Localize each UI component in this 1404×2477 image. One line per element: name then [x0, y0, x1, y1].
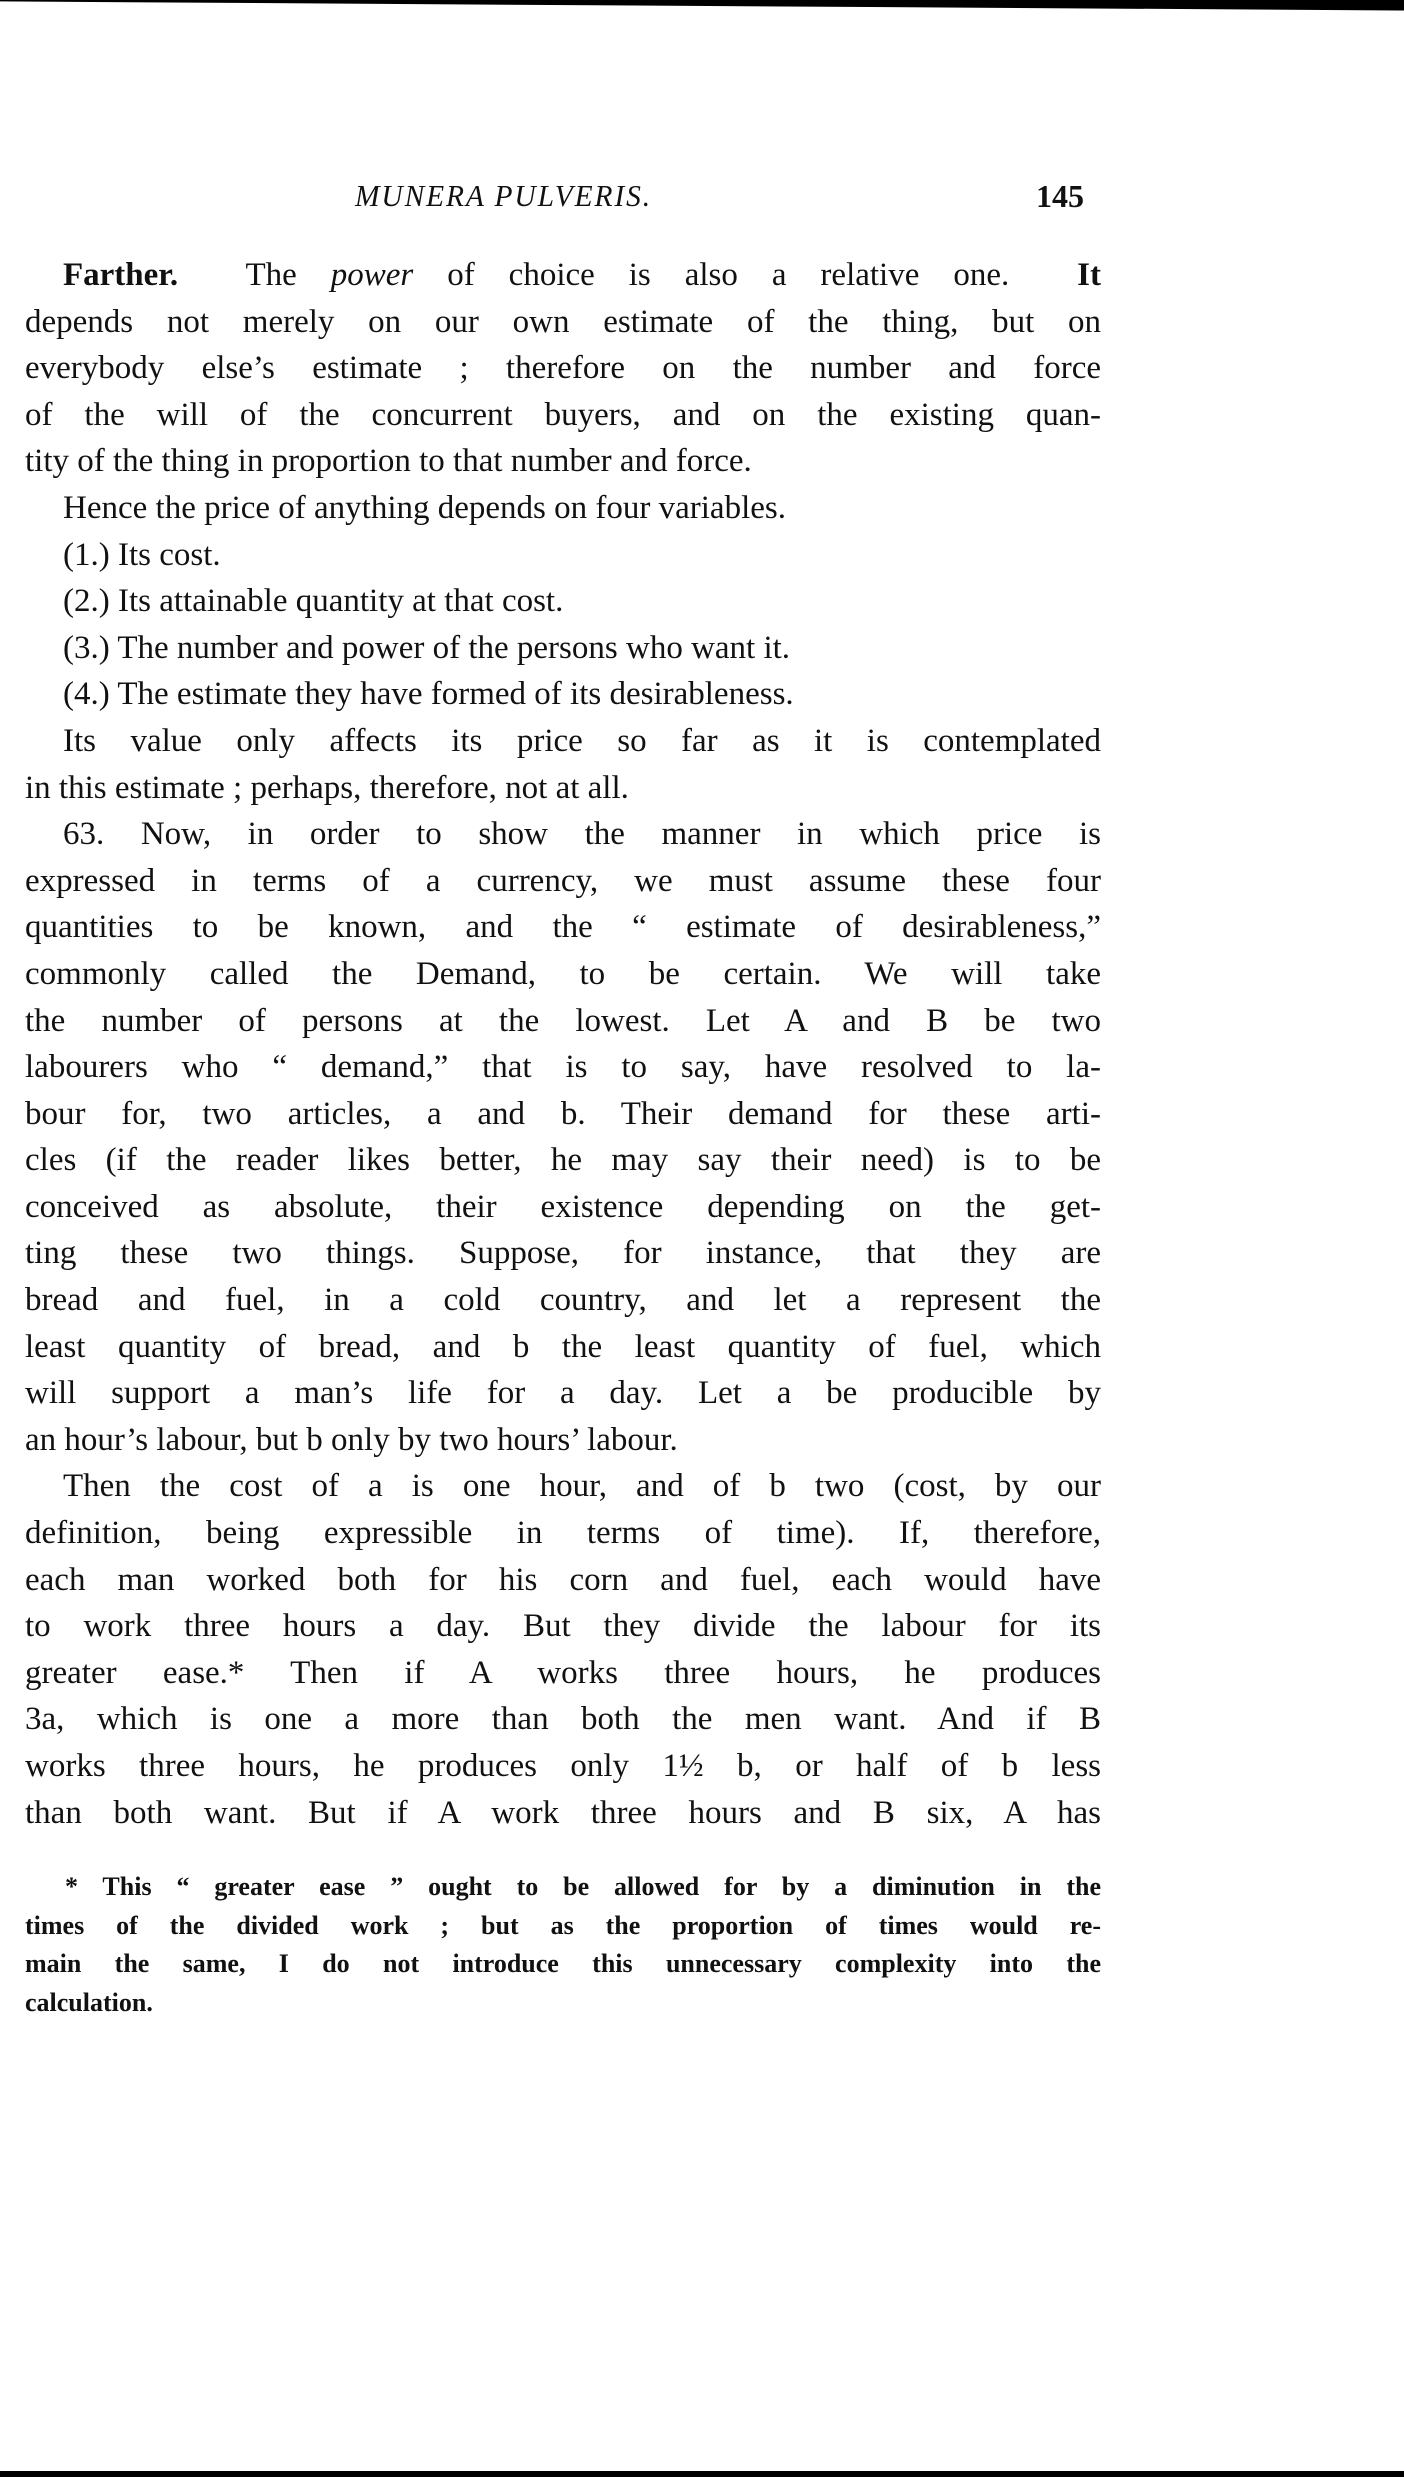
text-line: of the will of the concurrent buyers, an…: [25, 392, 1101, 439]
text-line: each man worked both for his corn and fu…: [25, 1557, 1101, 1604]
text-line: cles (if the reader likes better, he may…: [25, 1137, 1101, 1184]
footnote-line: main the same, I do not introduce this u…: [25, 1945, 1101, 1984]
text-line: an hour’s labour, but b only by two hour…: [25, 1417, 1101, 1464]
footnote: * This “ greater ease ” ought to be allo…: [25, 1868, 1101, 2023]
section-63-start: 63. Now, in order to show the manner in …: [25, 811, 1101, 858]
text-line: commonly called the Demand, to be certai…: [25, 951, 1101, 998]
list-item: (2.) Its attainable quantity at that cos…: [25, 578, 1101, 625]
text-line: Then the cost of a is one hour, and of b…: [25, 1463, 1101, 1510]
footnote-line: calculation.: [25, 1984, 1101, 2023]
text-line: Farther. The power of choice is also a r…: [25, 252, 1101, 299]
text-line: least quantity of bread, and b the least…: [25, 1324, 1101, 1371]
list-item: (3.) The number and power of the persons…: [25, 625, 1101, 672]
text-line: labourers who “ demand,” that is to say,…: [25, 1044, 1101, 1091]
running-head: MUNERA PULVERIS. 145: [0, 176, 1404, 216]
text-line: 3a, which is one a more than both the me…: [25, 1696, 1101, 1743]
text-line: conceived as absolute, their existence d…: [25, 1184, 1101, 1231]
text-line: definition, being expressible in terms o…: [25, 1510, 1101, 1557]
page-number: 145: [1036, 176, 1084, 216]
text-line: than both want. But if A work three hour…: [25, 1790, 1101, 1837]
text-line: Hence the price of anything depends on f…: [25, 485, 1101, 532]
list-item: (1.) Its cost.: [25, 532, 1101, 579]
text-line: depends not merely on our own estimate o…: [25, 299, 1101, 346]
text-line: Its value only affects its price so far …: [25, 718, 1101, 765]
text-line: will support a man’s life for a day. Let…: [25, 1370, 1101, 1417]
text-line: to work three hours a day. But they divi…: [25, 1603, 1101, 1650]
scan-bottom-edge: [0, 2471, 1404, 2477]
text-line: greater ease.* Then if A works three hou…: [25, 1650, 1101, 1697]
footnote-line: times of the divided work ; but as the p…: [25, 1907, 1101, 1946]
list-item: (4.) The estimate they have formed of it…: [25, 671, 1101, 718]
scan-top-edge: [0, 0, 1404, 14]
text-line: ting these two things. Suppose, for inst…: [25, 1230, 1101, 1277]
body-text: Farther. The power of choice is also a r…: [25, 252, 1101, 1836]
text-line: everybody else’s estimate ; therefore on…: [25, 345, 1101, 392]
text-line: bread and fuel, in a cold country, and l…: [25, 1277, 1101, 1324]
text-line: in this estimate ; perhaps, therefore, n…: [25, 765, 1101, 812]
text-line: quantities to be known, and the “ estima…: [25, 904, 1101, 951]
text-line: the number of persons at the lowest. Let…: [25, 998, 1101, 1045]
text-line: tity of the thing in proportion to that …: [25, 438, 1101, 485]
footnote-line: * This “ greater ease ” ought to be allo…: [25, 1868, 1101, 1907]
running-title: MUNERA PULVERIS.: [355, 176, 652, 216]
text-line: works three hours, he produces only 1½ b…: [25, 1743, 1101, 1790]
text-line: expressed in terms of a currency, we mus…: [25, 858, 1101, 905]
text-line: bour for, two articles, a and b. Their d…: [25, 1091, 1101, 1138]
